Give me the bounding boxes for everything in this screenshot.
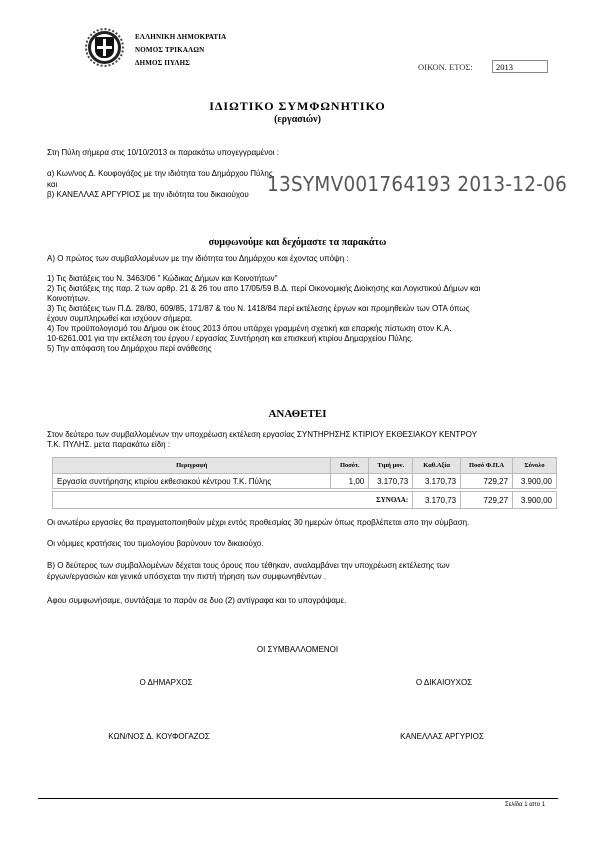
- cell-quantity: 1,00: [331, 474, 369, 489]
- totals-label: ΣΥΝΟΛΑ:: [53, 492, 413, 509]
- agreement-item: 1) Τις διατάξεις του Ν. 3463/06 " Κώδικα…: [47, 274, 278, 284]
- signature-left-role: Ο ΔΗΜΑΡΧΟΣ: [96, 678, 236, 687]
- cell-description: Εργασία συντήρησης κτιρίου εκθεσιακού κέ…: [53, 474, 331, 489]
- terms-closing: Αφου συμφωνήσαμε, συντάξαμε το παρόν σε …: [47, 596, 346, 606]
- col-header-quantity: Ποσότ.: [331, 458, 369, 474]
- assignment-heading: ΑΝΑΘΕΤΕΙ: [0, 408, 595, 420]
- fiscal-year-field: 2013: [492, 60, 548, 73]
- and-word: και: [47, 180, 57, 190]
- agreement-heading: συμφωνούμε και δεχόμαστε τα παρακάτω: [0, 237, 595, 248]
- fiscal-year-label: ΟΙΚΟΝ. ΕΤΟΣ:: [418, 62, 473, 72]
- cell-total: 3.900,00: [513, 474, 557, 489]
- terms-b-line-1: Β) Ο δεύτερος των συμβαλλομένων δέχεται …: [47, 561, 450, 571]
- table-row: Εργασία συντήρησης κτιρίου εκθεσιακού κέ…: [53, 474, 557, 489]
- col-header-net-value: Καθ.Αξία: [413, 458, 461, 474]
- agreement-item: Κοινοτήτων.: [47, 294, 90, 304]
- agreement-item: 3) Τις διατάξεις των Π.Δ. 28/80, 609/85,…: [47, 304, 469, 314]
- agreement-item: 10-6261.001 για την εκτέλεση του έργου /…: [47, 334, 413, 344]
- cross-shield-icon: [95, 37, 114, 58]
- cell-net-value: 3.170,73: [413, 474, 461, 489]
- document-title: ΙΔΙΩΤΙΚΟ ΣΥΜΦΩΝΗΤΙΚΟ: [0, 99, 595, 114]
- footer-divider: [38, 798, 558, 799]
- party-a: α) Κων/νος Δ. Κουφογάζος με την ιδιότητα…: [47, 169, 273, 179]
- signature-right-name: ΚΑΝΕΛΛΑΣ ΑΡΓΥΡΙΟΣ: [372, 732, 512, 741]
- col-header-vat: Ποσό Φ.Π.Α: [461, 458, 513, 474]
- table-header-row: Περιγραφή Ποσότ. Τιμή μον. Καθ.Αξία Ποσό…: [53, 458, 557, 474]
- document-subtitle: (εργασιών): [0, 114, 595, 125]
- coat-of-arms-emblem-icon: [88, 31, 121, 64]
- intro-line: Στη Πύλη σήμερα στις 10/10/2013 οι παρακ…: [47, 148, 279, 158]
- totals-vat: 729,27: [461, 492, 513, 509]
- agreement-a-line: Α) Ο πρώτος των συμβαλλομένων με την ιδι…: [47, 254, 349, 264]
- gov-line-prefecture: ΝΟΜΟΣ ΤΡΙΚΑΛΩΝ: [135, 46, 204, 54]
- agreement-item: 2) Τις διατάξεις της παρ. 2 των αρθρ. 21…: [47, 284, 480, 294]
- terms-deductions: Οι νόμιμες κρατήσεις του τιμολογίου βαρύ…: [47, 539, 263, 549]
- gov-line-republic: ΕΛΛΗΝΙΚΗ ΔΗΜΟΚΡΑΤΙΑ: [135, 33, 226, 41]
- col-header-total: Σύνολο: [513, 458, 557, 474]
- cell-unit-price: 3.170,73: [369, 474, 413, 489]
- terms-deadline: Οι ανωτέρω εργασίες θα πραγματοποιηθούν …: [47, 518, 469, 528]
- party-b: β) ΚΑΝΕΛΛΑΣ ΑΡΓΥΡΙΟΣ με την ιδιότητα του…: [47, 190, 249, 200]
- signature-right-role: Ο ΔΙΚΑΙΟΥΧΟΣ: [374, 678, 514, 687]
- agreement-item: έχουν συμπληρωθεί και ισχύουν σήμερα.: [47, 314, 192, 324]
- cell-vat: 729,27: [461, 474, 513, 489]
- signature-left-name: ΚΩΝ/ΝΟΣ Δ. ΚΟΥΦΟΓΑΖΟΣ: [84, 732, 234, 741]
- assignment-line-1: Στον δεύτερο των συμβαλλομένων την υποχρ…: [47, 430, 477, 440]
- agreement-item: 4) Τον προϋπολογισμό του Δήμου οικ έτους…: [47, 324, 451, 334]
- col-header-description: Περιγραφή: [53, 458, 331, 474]
- terms-b-line-2: έργων/εργασιών και γενικά υπόσχεται την …: [47, 572, 326, 582]
- items-table: Περιγραφή Ποσότ. Τιμή μον. Καθ.Αξία Ποσό…: [52, 457, 557, 509]
- totals-net-value: 3.170,73: [413, 492, 461, 509]
- signatures-heading: ΟΙ ΣΥΜΒΑΛΛΟΜΕΝΟΙ: [0, 645, 595, 654]
- registry-watermark: 13SYMV001764193 2013-12-06: [267, 172, 567, 196]
- agreement-item: 5) Την απόφαση του Δημάρχου περί ανάθεση…: [47, 344, 212, 354]
- table-totals-row: ΣΥΝΟΛΑ: 3.170,73 729,27 3.900,00: [53, 492, 557, 509]
- page-number: Σελίδα 1 απο 1: [505, 802, 545, 808]
- gov-line-municipality: ΔΗΜΟΣ ΠΥΛΗΣ: [135, 59, 190, 67]
- totals-total: 3.900,00: [513, 492, 557, 509]
- assignment-line-2: Τ.Κ. ΠΥΛΗΣ. μετα παρακάτω είδη :: [47, 440, 170, 450]
- col-header-unit-price: Τιμή μον.: [369, 458, 413, 474]
